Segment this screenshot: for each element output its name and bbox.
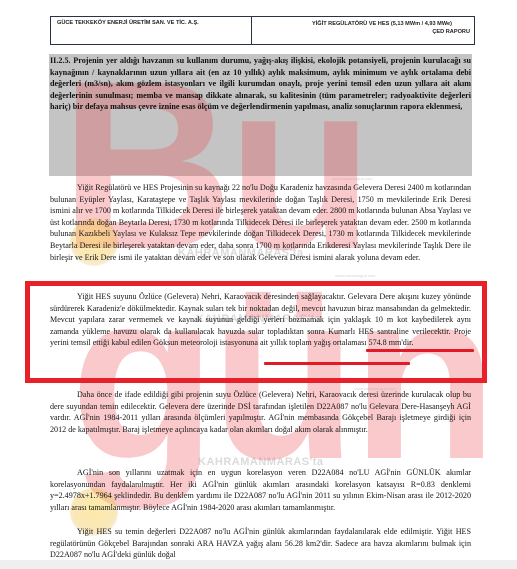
paragraph-river-description: Yiğit Regülatörü ve HES Projesinin su ka… [50,182,471,263]
report-type: ÇED RAPORU [432,29,470,35]
underline-goksun-meteoroloji [264,362,410,365]
company-name: GÜCE TEKKEKÖY ENERJİ ÜRETİM SAN. VE TİC.… [57,20,199,26]
paragraph-text: Daha önce de ifade edildiği gibi projeni… [50,390,471,434]
paragraph-agi-station: Daha önce de ifade edildiği gibi projeni… [50,389,471,435]
document-page: Bu gün KAHRAMANMARAS'ta KAHRAMANMARAS'ta… [0,0,517,569]
project-title: YİĞİT REGÜLATÖRÜ VE HES (5,13 MWm / 4,93… [252,20,470,28]
paragraph-text: Yiğit Regülatörü ve HES Projesinin su ka… [50,183,471,262]
paragraph-text: Yiğit HES suyunu Özlüce (Gelevera) Nehri… [50,292,471,347]
watermark-url: www.marasbugun.com [335,273,375,278]
header-company-cell: GÜCE TEKKEKÖY ENERJİ ÜRETİM SAN. VE TİC.… [51,17,252,44]
bottom-fade-bar [0,560,517,569]
paragraph-highlighted-water-source: Yiğit HES suyunu Özlüce (Gelevera) Nehri… [50,291,471,349]
paragraph-text: Yiğit HES su temin değerleri D22A087 no'… [50,527,471,559]
paragraph-correlation: AGİ'nin son yıllarını uzatmak için en uy… [50,467,471,513]
paragraph-text: AGİ'nin son yıllarını uzatmak için en uy… [50,468,471,512]
underline-kumarli-hes [366,349,474,352]
header-project-cell: YİĞİT REGÜLATÖRÜ VE HES (5,13 MWm / 4,93… [252,17,474,44]
report-header-table: GÜCE TEKKEKÖY ENERJİ ÜRETİM SAN. VE TİC.… [50,16,475,45]
section-heading: II.2.5. Projenin yer aldığı havzanın su … [50,55,471,113]
watermark-url: www.marasbugun.com [332,176,372,181]
paragraph-water-supply: Yiğit HES su temin değerleri D22A087 no'… [50,526,471,561]
